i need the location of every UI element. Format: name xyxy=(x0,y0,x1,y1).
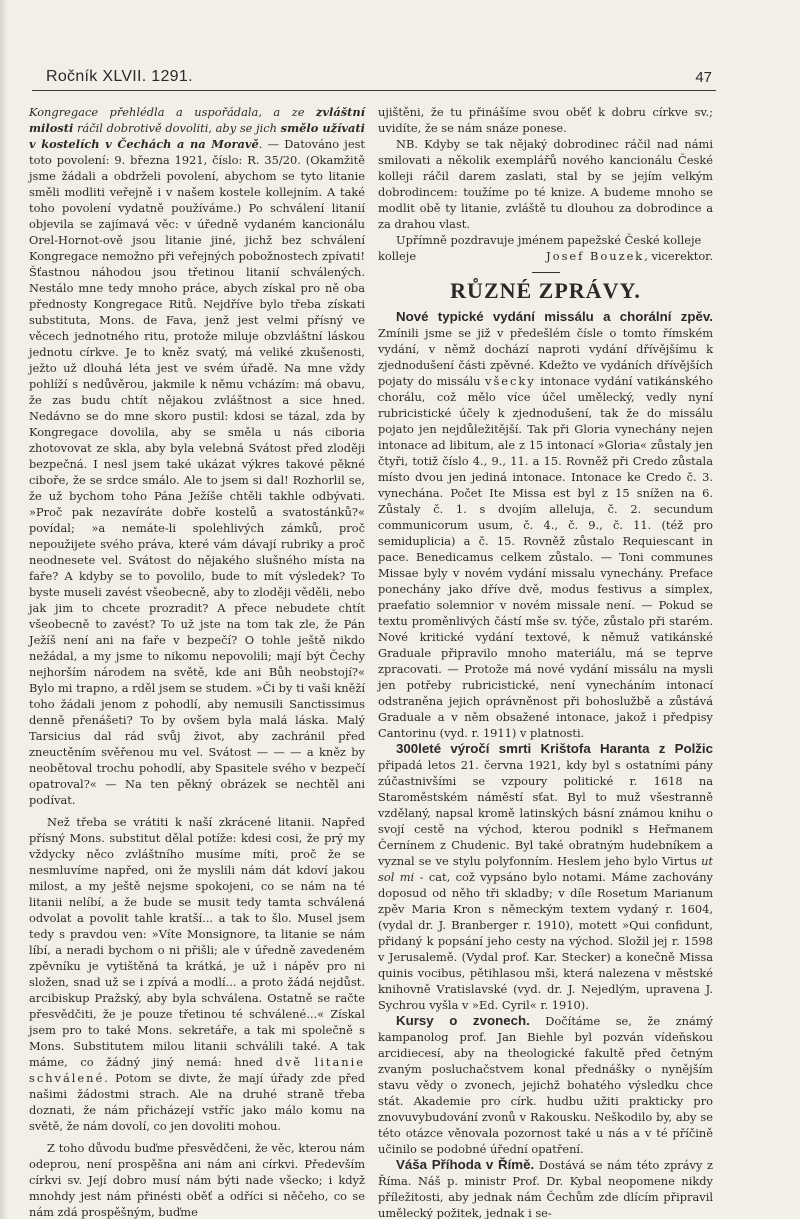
volume-label: Ročník XLVII. 1291. xyxy=(46,68,193,86)
journal-page: Ročník XLVII. 1291. 47 Kongregace přehlé… xyxy=(0,0,800,1219)
running-header: Ročník XLVII. 1291. 47 xyxy=(32,62,716,91)
news-item-harant: 300leté výročí smrti Krištofa Haranta z … xyxy=(378,741,713,1013)
news-body: intonace vydání vatikánského chorálu, co… xyxy=(378,374,713,740)
news-body: Dočítáme se, že známý kampanolog prof. J… xyxy=(378,1014,713,1156)
news-item-bells: Kursy o zvonech. Dočítáme se, že známý k… xyxy=(378,1013,713,1157)
left-column: Kongregace přehlédla a uspořádala, a ze … xyxy=(29,104,365,1219)
article-continuation: ujištěni, že tu přinášíme svou oběť k do… xyxy=(378,104,713,136)
italic-text: ráčil dobrotivě dovoliti, aby se jich xyxy=(73,121,280,135)
article-paragraph-2: Než třeba se vrátiti k naší zkrácené lit… xyxy=(29,814,365,1134)
italic-text: Kongregace přehlédla a uspořádala, a ze xyxy=(29,105,316,119)
news-title: Váša Příhoda v Římě. xyxy=(396,1157,534,1172)
news-title: Nové typické vydání missálu a chorální z… xyxy=(396,309,713,324)
section-divider xyxy=(532,272,560,273)
article-paragraph-3: Z toho důvodu buďme přesvědčeni, že věc,… xyxy=(29,1140,365,1219)
spaced-emphasis: všecky xyxy=(485,374,536,388)
signature-left: kolleje xyxy=(378,248,416,264)
section-title: RŮZNÉ ZPRÁVY. xyxy=(378,279,713,303)
news-item-missal: Nové typické vydání missálu a chorální z… xyxy=(378,309,713,741)
nb-paragraph: NB. Kdyby se tak nějaký dobrodinec ráčil… xyxy=(378,136,713,232)
body-text xyxy=(302,1055,315,1069)
right-column: ujištěni, že tu přinášíme svou oběť k do… xyxy=(378,104,713,1219)
body-text: . — Datováno jest toto povolení: 9. břez… xyxy=(29,137,365,807)
news-title: 300leté výročí smrti Krištofa Haranta z … xyxy=(396,741,713,756)
news-title: Kursy o zvonech. xyxy=(396,1013,530,1028)
signature-title: , vicerektor. xyxy=(644,249,713,263)
news-item-prihoda: Váša Příhoda v Římě. Dostává se nám této… xyxy=(378,1157,713,1219)
signature-name: Josef Bouzek xyxy=(546,249,644,263)
greeting-line: Upřímně pozdravuje jménem papežské České… xyxy=(378,232,713,248)
article-paragraph-1: Kongregace přehlédla a uspořádala, a ze … xyxy=(29,104,365,808)
news-body: připadá letos 21. června 1921, kdy byl s… xyxy=(378,758,713,868)
signature-line: kollejeJosef Bouzek, vicerektor. xyxy=(378,248,713,264)
signature: Josef Bouzek, vicerektor. xyxy=(546,248,713,264)
news-body: - cat, což vypsáno bylo notami. Máme zac… xyxy=(378,870,713,1012)
page-number: 47 xyxy=(695,69,712,86)
body-text: Než třeba se vrátiti k naší zkrácené lit… xyxy=(29,815,365,1069)
spaced-emphasis: dvě xyxy=(276,1055,302,1069)
